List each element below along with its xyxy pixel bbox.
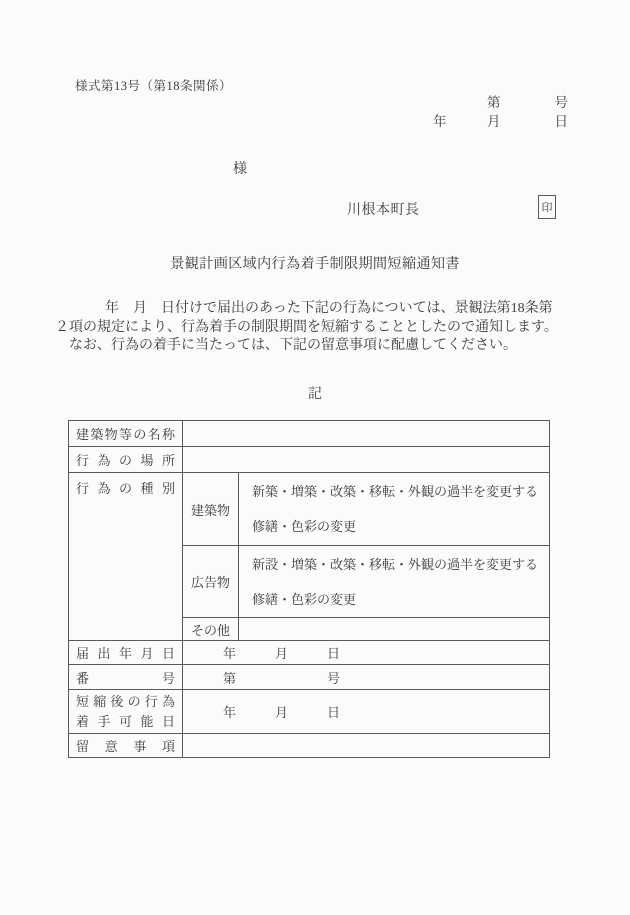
action-type-label: 行為の種別: [69, 473, 183, 641]
shortened-start-date-value: 年 月 日: [183, 690, 550, 734]
action-type-desc-ad: 新設・増築・改築・移転・外観の過半を変更する 修繕・色彩の変更: [239, 546, 550, 618]
shortened-start-date-label: 短縮後の行為 着手可能日: [69, 690, 183, 734]
row-action-place: 行為の場所: [69, 447, 550, 473]
body-line-3: なお、行為の着手に当たっては、下記の留意事項に配慮してください。: [55, 337, 577, 356]
notification-date-label: 届出年月日: [69, 641, 183, 665]
row-action-type-building: 行為の種別 建築物 新築・増築・改築・移転・外観の過半を変更する 修繕・色彩の変…: [69, 473, 550, 546]
action-type-desc-building: 新築・増築・改築・移転・外観の過半を変更する 修繕・色彩の変更: [239, 473, 550, 546]
notification-table: 建築物等の名称 行為の場所 行為の種別 建築物 新築・増築・改築・移転・外観の過…: [68, 420, 550, 758]
action-type-category-other: その他: [183, 618, 239, 641]
seal-stamp-box: 印: [538, 195, 556, 219]
body-paragraph: 年 月 日付けで届出のあった下記の行為については、景観法第18条第 ２項の規定に…: [55, 300, 577, 356]
document-page: 様式第13号（第18条関係） 第 号 年 月 日 様 川根本町長 印 景観計画区…: [0, 0, 630, 915]
record-marker: 記: [0, 383, 630, 403]
body-line-2: ２項の規定により、行為着手の制限期間を短縮することとしたので通知します。: [55, 319, 577, 338]
action-type-category-building: 建築物: [183, 473, 239, 546]
building-name-label: 建築物等の名称: [69, 421, 183, 447]
body-line-1: 年 月 日付けで届出のあった下記の行為については、景観法第18条第: [55, 300, 577, 319]
notes-value: [183, 734, 550, 758]
action-place-value: [183, 447, 550, 473]
row-number: 番号 第 号: [69, 665, 550, 690]
addressee-suffix: 様: [233, 158, 247, 178]
row-building-name: 建築物等の名称: [69, 421, 550, 447]
notification-date-value: 年 月 日: [183, 641, 550, 665]
row-shortened-start-date: 短縮後の行為 着手可能日 年 月 日: [69, 690, 550, 734]
document-title: 景観計画区域内行為着手制限期間短縮通知書: [0, 253, 630, 273]
doc-date-line: 年 月 日: [433, 113, 568, 132]
action-type-category-ad: 広告物: [183, 546, 239, 618]
doc-number-line: 第 号: [433, 94, 568, 113]
issuer-name: 川根本町長: [347, 199, 420, 219]
action-place-label: 行為の場所: [69, 447, 183, 473]
doc-meta: 第 号 年 月 日: [433, 94, 568, 131]
number-value: 第 号: [183, 665, 550, 690]
building-name-value: [183, 421, 550, 447]
number-label: 番号: [69, 665, 183, 690]
row-notes: 留意事項: [69, 734, 550, 758]
action-type-desc-other: [239, 618, 550, 641]
row-notification-date: 届出年月日 年 月 日: [69, 641, 550, 665]
notes-label: 留意事項: [69, 734, 183, 758]
form-id: 様式第13号（第18条関係）: [75, 76, 232, 94]
